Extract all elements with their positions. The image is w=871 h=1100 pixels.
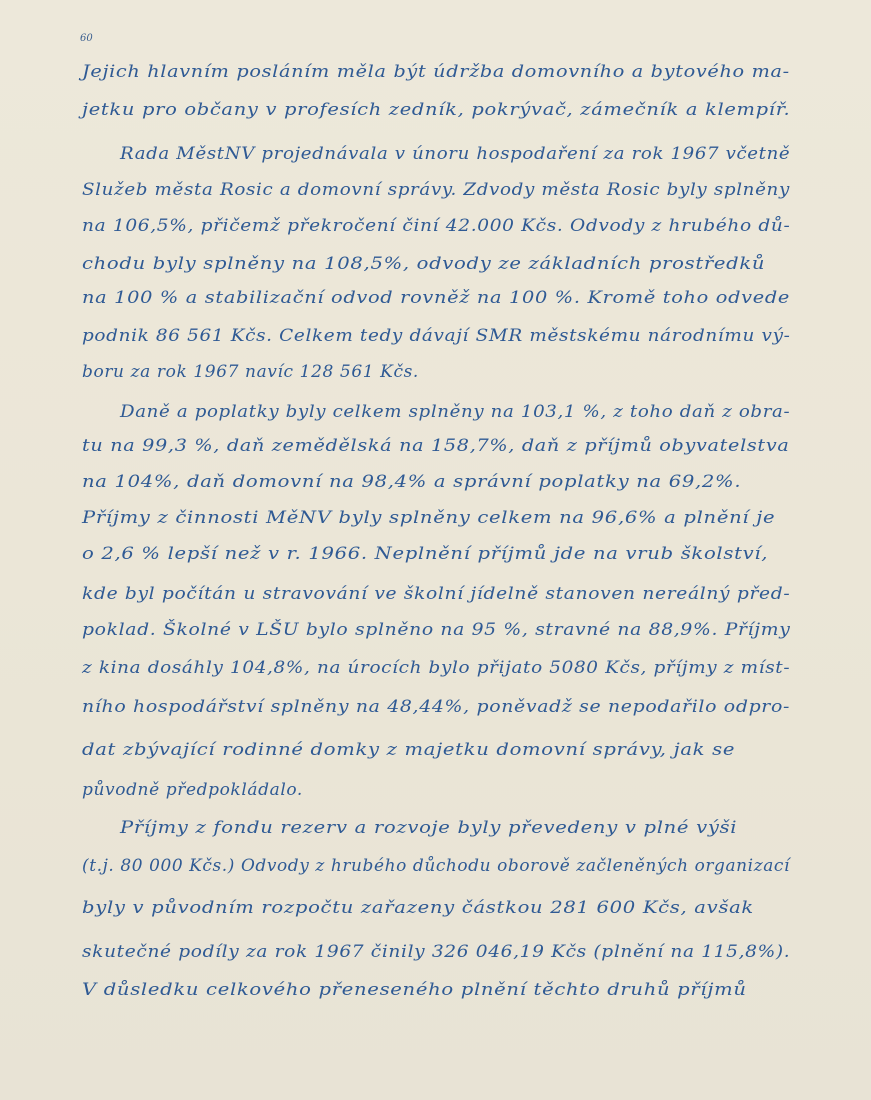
text-line: chodu byly splněny na 108,5%, odvody ze … [82, 254, 765, 274]
text-line: Služeb města Rosic a domovní správy. Zdv… [82, 180, 790, 200]
text-line: byly v původním rozpočtu zařazeny částko… [82, 898, 754, 918]
text-line: skutečné podíly za rok 1967 činily 326 0… [82, 942, 790, 962]
text-line: boru za rok 1967 navíc 128 561 Kčs. [82, 362, 419, 382]
text-line: o 2,6 % lepší než v r. 1966. Neplnění př… [82, 544, 768, 564]
text-line: V důsledku celkového přeneseného plnění … [82, 980, 747, 1000]
text-line: podnik 86 561 Kčs. Celkem tedy dávají SM… [82, 326, 791, 346]
document-page: 60 Jejich hlavním posláním měla být údrž… [0, 0, 871, 1100]
text-line: dat zbývající rodinné domky z majetku do… [82, 740, 735, 760]
text-line: na 106,5%, přičemž překročení činí 42.00… [82, 216, 790, 236]
text-line: Příjmy z fondu rezerv a rozvoje byly pře… [120, 818, 737, 838]
text-line: tu na 99,3 %, daň zemědělská na 158,7%, … [82, 436, 789, 456]
text-line: Jejich hlavním posláním měla být údržba … [82, 62, 790, 82]
text-line: kde byl počítán u stravování ve školní j… [82, 584, 790, 604]
text-line: na 100 % a stabilizační odvod rovněž na … [82, 288, 790, 308]
text-line: Příjmy z činnosti MěNV byly splněny celk… [82, 508, 775, 528]
text-line: Daně a poplatky byly celkem splněny na 1… [120, 402, 790, 422]
text-line: ního hospodářství splněny na 48,44%, pon… [82, 697, 790, 717]
text-line: z kina dosáhly 104,8%, na úrocích bylo p… [82, 658, 790, 678]
text-line: původně předpokládalo. [82, 780, 303, 800]
text-line: Rada MěstNV projednávala v únoru hospoda… [120, 144, 790, 164]
text-line: jetku pro občany v profesích zedník, pok… [82, 100, 790, 120]
text-line: poklad. Školné v LŠU bylo splněno na 95 … [82, 620, 790, 640]
text-line: (t.j. 80 000 Kčs.) Odvody z hrubého důch… [82, 856, 790, 876]
text-line: na 104%, daň domovní na 98,4% a správní … [82, 472, 741, 492]
page-number: 60 [80, 33, 93, 44]
